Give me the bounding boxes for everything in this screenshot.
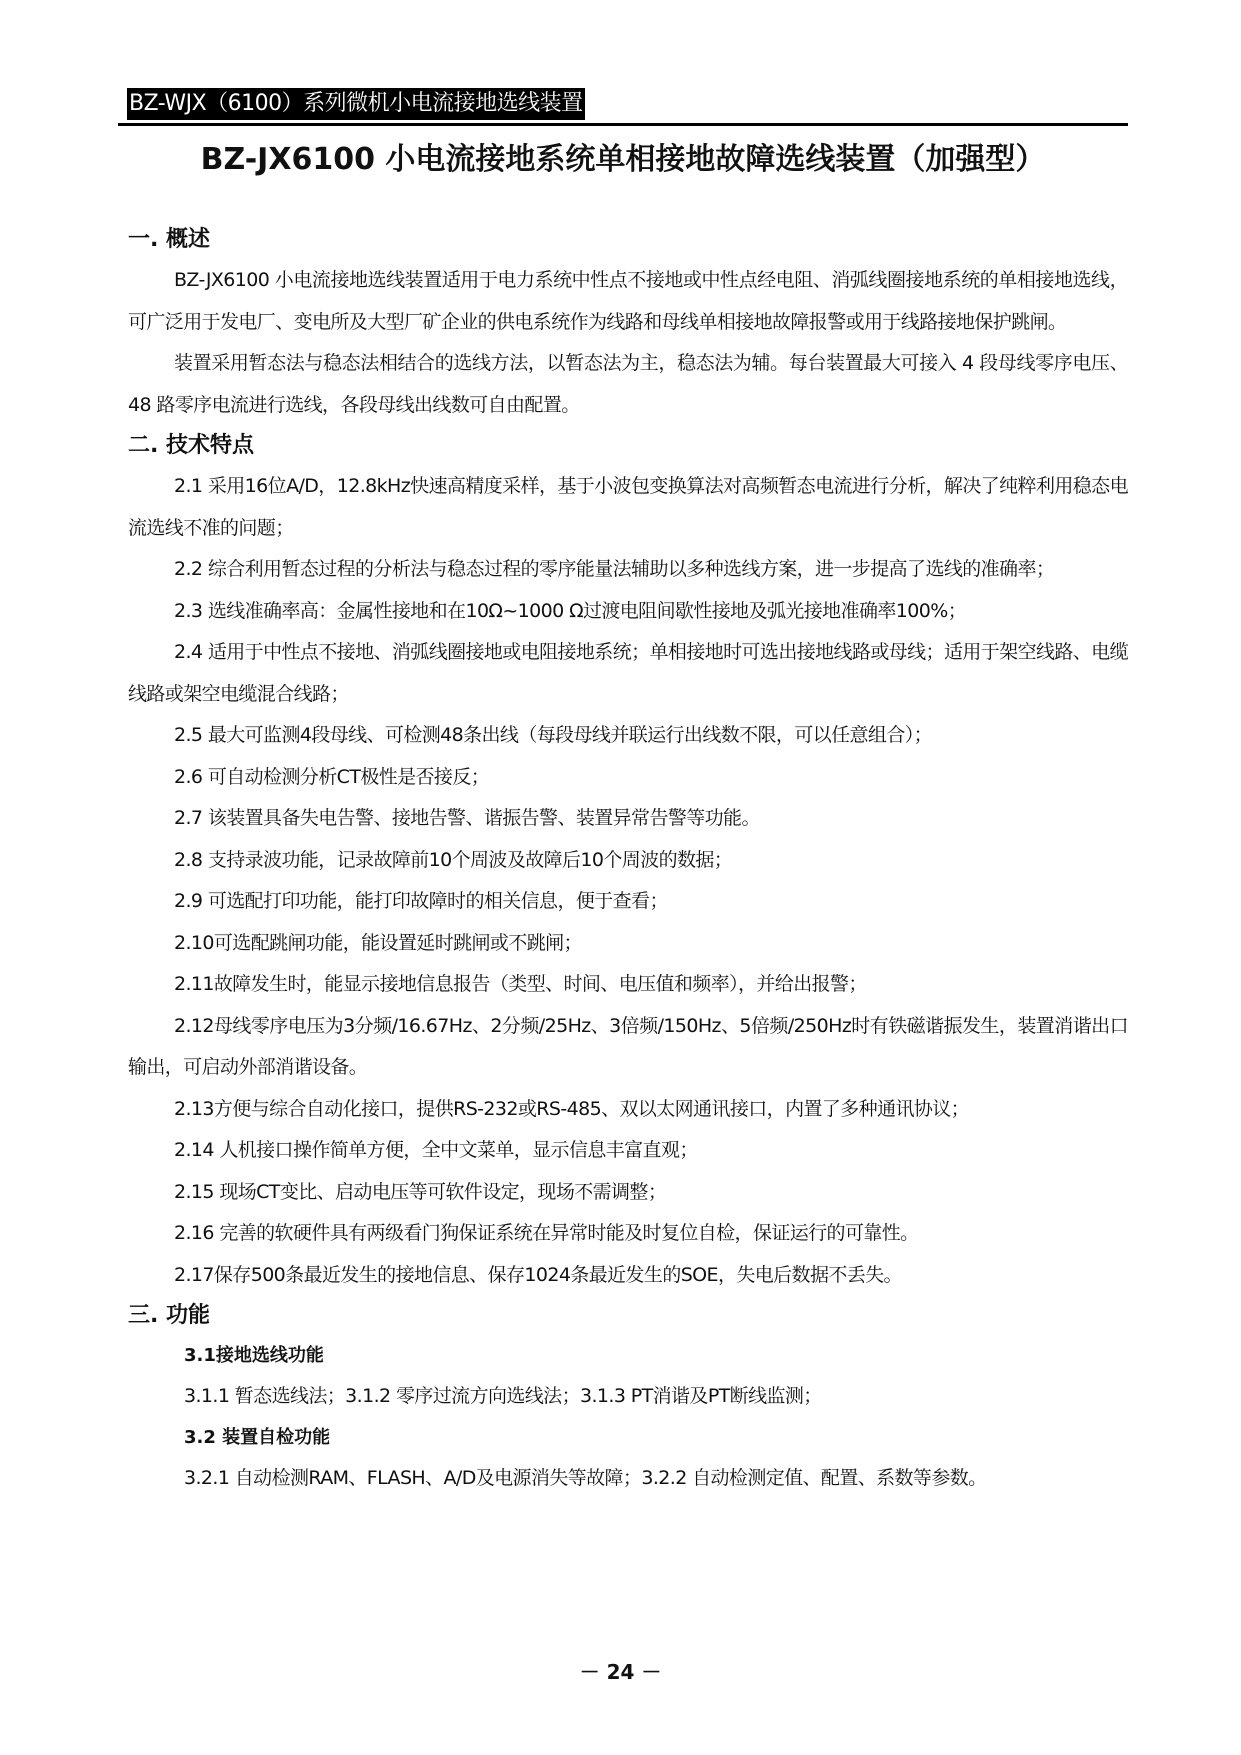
section-heading-features: 二. 技术特点 [128, 426, 1128, 466]
document-body: 一. 概述 BZ-JX6100 小电流接地选线装置适用于电力系统中性点不接地或中… [128, 220, 1128, 1499]
feature-item: 2.8 支持录波功能，记录故障前10个周波及故障后10个周波的数据； [128, 840, 1128, 882]
overview-paragraph: 装置采用暂态法与稳态法相结合的选线方法，以暂态法为主，稳态法为辅。每台装置最大可… [128, 343, 1128, 426]
subsection-heading-selfcheck: 3.2 装置自检功能 [184, 1418, 1128, 1458]
page-number: － 24 － [0, 1656, 1241, 1685]
feature-item: 2.9 可选配打印功能，能打印故障时的相关信息，便于查看； [128, 881, 1128, 923]
subsection-heading-grounding: 3.1接地选线功能 [184, 1336, 1128, 1376]
feature-item: 2.16 完善的软硬件具有两级看门狗保证系统在异常时能及时复位自检，保证运行的可… [128, 1213, 1128, 1255]
overview-paragraph: BZ-JX6100 小电流接地选线装置适用于电力系统中性点不接地或中性点经电阻、… [128, 260, 1128, 343]
subsection-text-selfcheck: 3.2.1 自动检测RAM、FLASH、A/D及电源消失等故障；3.2.2 自动… [184, 1458, 1128, 1500]
feature-item: 2.12母线零序电压为3分频/16.67Hz、2分频/25Hz、3倍频/150H… [128, 1006, 1128, 1089]
feature-item: 2.4 适用于中性点不接地、消弧线圈接地或电阻接地系统；单相接地时可选出接地线路… [128, 632, 1128, 715]
feature-item: 2.14 人机接口操作简单方便，全中文菜单，显示信息丰富直观； [128, 1130, 1128, 1172]
feature-item: 2.5 最大可监测4段母线、可检测48条出线（每段母线并联运行出线数不限，可以任… [128, 715, 1128, 757]
feature-item: 2.11故障发生时，能显示接地信息报告（类型、时间、电压值和频率），并给出报警； [128, 964, 1128, 1006]
feature-item: 2.7 该装置具备失电告警、接地告警、谐振告警、装置异常告警等功能。 [128, 798, 1128, 840]
running-header: BZ-WJX（6100）系列微机小电流接地选线装置 [127, 88, 585, 120]
feature-item: 2.10可选配跳闸功能，能设置延时跳闸或不跳闸； [128, 923, 1128, 965]
section-heading-functions: 三. 功能 [128, 1296, 1128, 1336]
subsection-text-grounding: 3.1.1 暂态选线法；3.1.2 零序过流方向选线法；3.1.3 PT消谐及P… [184, 1376, 1128, 1418]
feature-item: 2.13方便与综合自动化接口，提供RS-232或RS-485、双以太网通讯接口，… [128, 1089, 1128, 1131]
feature-item: 2.1 采用16位A/D，12.8kHz快速高精度采样，基于小波包变换算法对高频… [128, 466, 1128, 549]
header-divider [118, 123, 1128, 126]
feature-item: 2.17保存500条最近发生的接地信息、保存1024条最近发生的SOE，失电后数… [128, 1255, 1128, 1297]
feature-item: 2.3 选线准确率高：金属性接地和在10Ω~1000 Ω过渡电阻间歇性接地及弧光… [128, 591, 1128, 633]
section-heading-overview: 一. 概述 [128, 220, 1128, 260]
feature-item: 2.6 可自动检测分析CT极性是否接反； [128, 757, 1128, 799]
document-title: BZ-JX6100 小电流接地系统单相接地故障选线装置（加强型） [118, 138, 1128, 182]
feature-item: 2.2 综合利用暂态过程的分析法与稳态过程的零序能量法辅助以多种选线方案，进一步… [128, 549, 1128, 591]
feature-item: 2.15 现场CT变比、启动电压等可软件设定，现场不需调整； [128, 1172, 1128, 1214]
